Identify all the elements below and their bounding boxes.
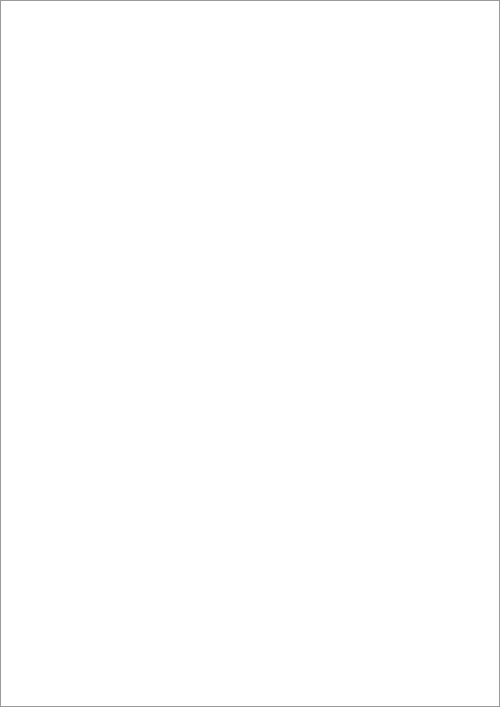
- document-page: [0, 0, 500, 707]
